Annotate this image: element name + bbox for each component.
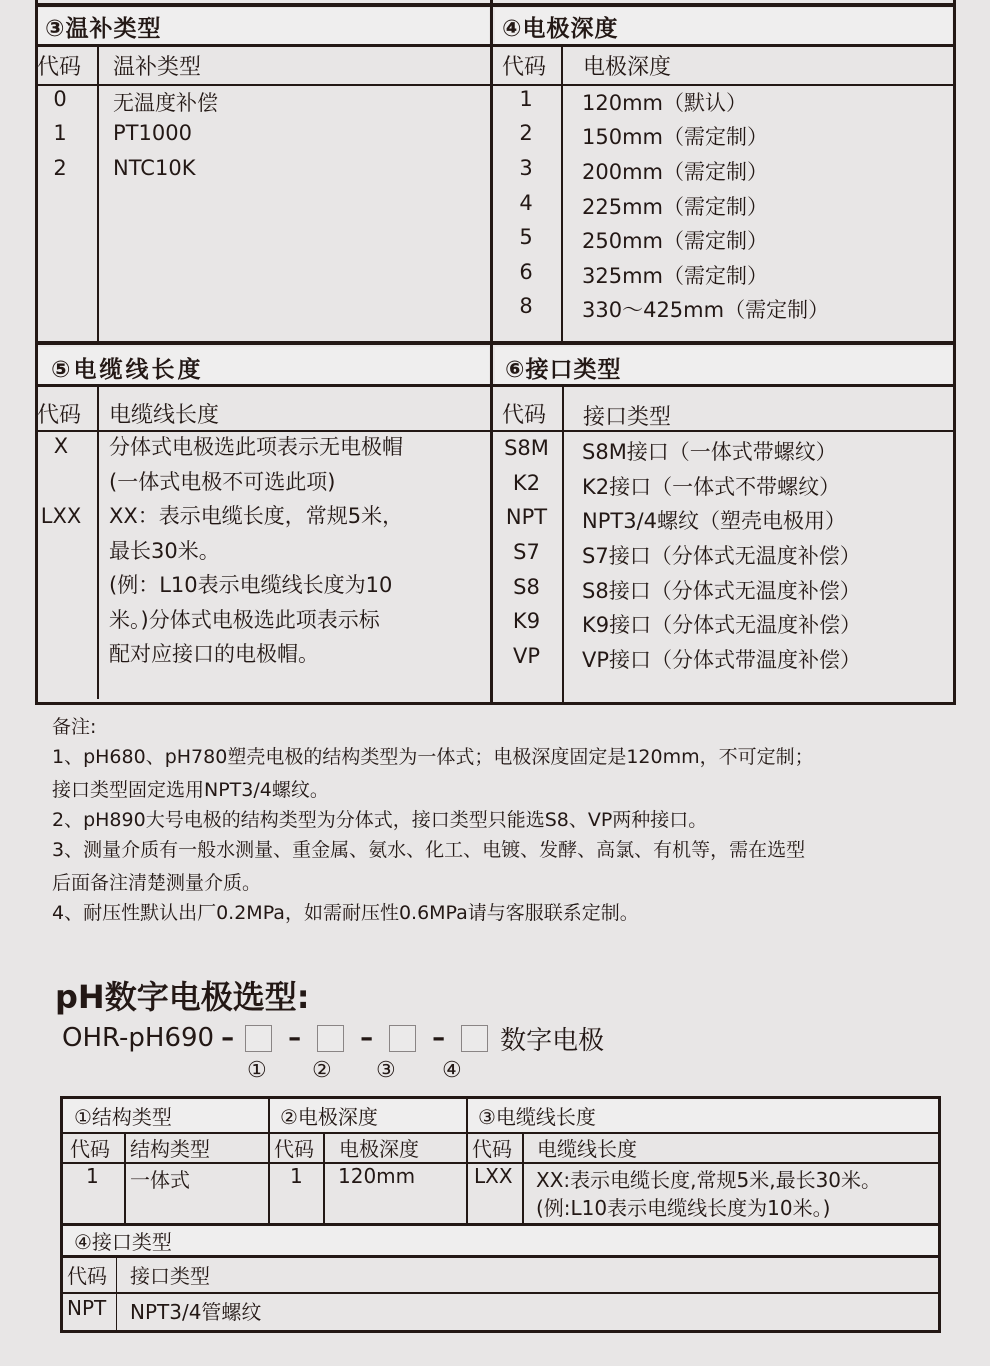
cable-desc-line: (例:L10表示电缆线长度为10米。) (536, 1192, 830, 1221)
col-head-code: 代码 (502, 50, 546, 81)
slot-box-4 (461, 1025, 488, 1052)
cable-code: X (35, 434, 87, 458)
cable-code: LXX (35, 504, 87, 528)
cable-desc: 分体式电极选此项表示无电极帽 (一体式电极不可选此项) XX：表示电缆长度，常规… (109, 430, 489, 672)
selection-grid-upper: ③温补类型 代码 温补类型 0 无温度补偿 1 PT1000 2 NTC10K … (35, 0, 956, 705)
dash: – (221, 1023, 234, 1053)
cable-title: ③电缆线长度 (478, 1101, 596, 1130)
col-head-code: 代码 (67, 1260, 107, 1289)
temp-comp-name: 无温度补偿 (113, 87, 218, 117)
temp-comp-name: NTC10K (113, 156, 195, 180)
note-line: 4、耐压性默认出厂0.2MPa，如需耐压性0.6MPa请与客服联系定制。 (52, 898, 952, 928)
cable-code: LXX (474, 1164, 513, 1188)
cable-desc-line: (一体式电极不可选此项) (109, 465, 489, 500)
cable-desc-line: 分体式电极选此项表示无电极帽 (109, 430, 489, 465)
model-suffix: 数字电极 (500, 1020, 604, 1057)
col-head-structure: 结构类型 (130, 1133, 210, 1162)
structure-name: 一体式 (130, 1164, 190, 1193)
model-prefix: OHR-pH690 (62, 1023, 214, 1053)
structure-code: 1 (86, 1164, 99, 1188)
depth-name: 225mm（需定制） (582, 191, 768, 221)
temp-comp-code: 2 (35, 156, 85, 180)
interface-code: S7 (499, 540, 554, 564)
depth-code: 4 (501, 191, 551, 215)
interface-title: ④接口类型 (74, 1226, 172, 1255)
interface-name: K2接口（一体式不带螺纹） (582, 471, 840, 501)
interface-code: S8M (499, 436, 554, 460)
interface-name: NPT3/4螺纹（塑壳电极用） (582, 505, 846, 535)
depth-code: 3 (501, 156, 551, 180)
temp-comp-name: PT1000 (113, 121, 192, 145)
section-title-interface-type: ⑥接口类型 (505, 351, 621, 384)
col-head-electrode-depth: 电极深度 (583, 50, 671, 81)
depth-name: 325mm（需定制） (582, 260, 768, 290)
col-head-cable: 电缆线长度 (537, 1133, 637, 1162)
cable-desc-line: 配对应接口的电极帽。 (109, 637, 489, 672)
slot-label-2: ② (312, 1058, 332, 1083)
note-line: 接口类型固定选用NPT3/4螺纹。 (52, 775, 952, 805)
cable-desc-line: 米。)分体式电极选此项表示标 (109, 603, 489, 638)
slot-box-1 (245, 1025, 272, 1052)
col-head-code: 代码 (70, 1133, 110, 1162)
dash: – (288, 1023, 301, 1053)
notes-heading: 备注: (52, 712, 952, 742)
interface-code: K9 (499, 609, 554, 633)
depth-name: 150mm（需定制） (582, 121, 768, 151)
interface-code: VP (499, 644, 554, 668)
dash: – (360, 1023, 373, 1053)
col-head-interface: 接口类型 (130, 1260, 210, 1289)
interface-name: S8接口（分体式无温度补偿） (582, 575, 861, 605)
col-head-temp-comp: 温补类型 (113, 50, 201, 81)
col-head-interface-type: 接口类型 (583, 400, 671, 431)
temp-comp-code: 1 (35, 121, 85, 145)
cable-desc-line: XX：表示电缆长度，常规5米， (109, 499, 489, 534)
col-head-code: 代码 (274, 1133, 314, 1162)
col-head-code: 代码 (37, 50, 81, 81)
depth-code: 1 (501, 87, 551, 111)
interface-name: NPT3/4管螺纹 (130, 1296, 261, 1325)
interface-name: S8M接口（一体式带螺纹） (582, 436, 837, 466)
note-line: 3、测量介质有一般水测量、重金属、氨水、化工、电镀、发酵、高氯、有机等，需在选型 (52, 835, 952, 865)
digital-selection-table: ①结构类型 代码 结构类型 1 一体式 ②电极深度 代码 电极深度 1 120m… (60, 1096, 941, 1333)
model-code-row: OHR-pH690 – – – – 数字电极 (62, 1020, 604, 1056)
temp-comp-code: 0 (35, 87, 85, 111)
col-head-code: 代码 (502, 398, 546, 429)
slot-label-3: ③ (376, 1058, 396, 1083)
interface-code: K2 (499, 471, 554, 495)
slot-label-1: ① (247, 1058, 267, 1083)
depth-code: 1 (290, 1164, 303, 1188)
col-head-cable-length: 电缆线长度 (109, 398, 219, 429)
depth-name: 330～425mm（需定制） (582, 294, 829, 324)
interface-code: NPT (67, 1296, 106, 1320)
interface-code: S8 (499, 575, 554, 599)
cable-desc-line: (例：L10表示电缆线长度为10 (109, 568, 489, 603)
col-head-code: 代码 (37, 398, 81, 429)
depth-code: 2 (501, 121, 551, 145)
digital-section-title: pH数字电极选型: (55, 972, 310, 1018)
note-line: 后面备注清楚测量介质。 (52, 868, 952, 898)
cable-desc-line: XX:表示电缆长度,常规5米,最长30米。 (536, 1164, 881, 1193)
slot-label-4: ④ (442, 1058, 462, 1083)
interface-code: NPT (499, 505, 554, 529)
depth-name: 200mm（需定制） (582, 156, 768, 186)
note-line: 2、pH890大号电极的结构类型为分体式，接口类型只能选S8、VP两种接口。 (52, 805, 952, 835)
structure-title: ①结构类型 (74, 1101, 172, 1130)
interface-name: VP接口（分体式带温度补偿） (582, 644, 861, 674)
section-title-temp-comp: ③温补类型 (45, 10, 161, 43)
depth-value: 120mm (338, 1164, 415, 1188)
notes-block: 备注: 1、pH680、pH780塑壳电极的结构类型为一体式；电极深度固定是12… (52, 712, 952, 928)
depth-title: ②电极深度 (280, 1101, 378, 1130)
section-title-electrode-depth: ④电极深度 (502, 10, 618, 43)
depth-code: 5 (501, 225, 551, 249)
slot-box-2 (317, 1025, 344, 1052)
depth-code: 6 (501, 260, 551, 284)
section-title-cable-length: ⑤电缆线长度 (51, 351, 203, 384)
dash: – (432, 1023, 445, 1053)
depth-name: 120mm（默认） (582, 87, 747, 117)
slot-box-3 (389, 1025, 416, 1052)
depth-code: 8 (501, 294, 551, 318)
note-line: 1、pH680、pH780塑壳电极的结构类型为一体式；电极深度固定是120mm，… (52, 742, 952, 772)
cable-desc-line: 最长30米。 (109, 534, 489, 569)
interface-name: S7接口（分体式无温度补偿） (582, 540, 861, 570)
col-head-depth: 电极深度 (339, 1133, 419, 1162)
depth-name: 250mm（需定制） (582, 225, 768, 255)
col-head-code: 代码 (472, 1133, 512, 1162)
interface-name: K9接口（分体式无温度补偿） (582, 609, 861, 639)
